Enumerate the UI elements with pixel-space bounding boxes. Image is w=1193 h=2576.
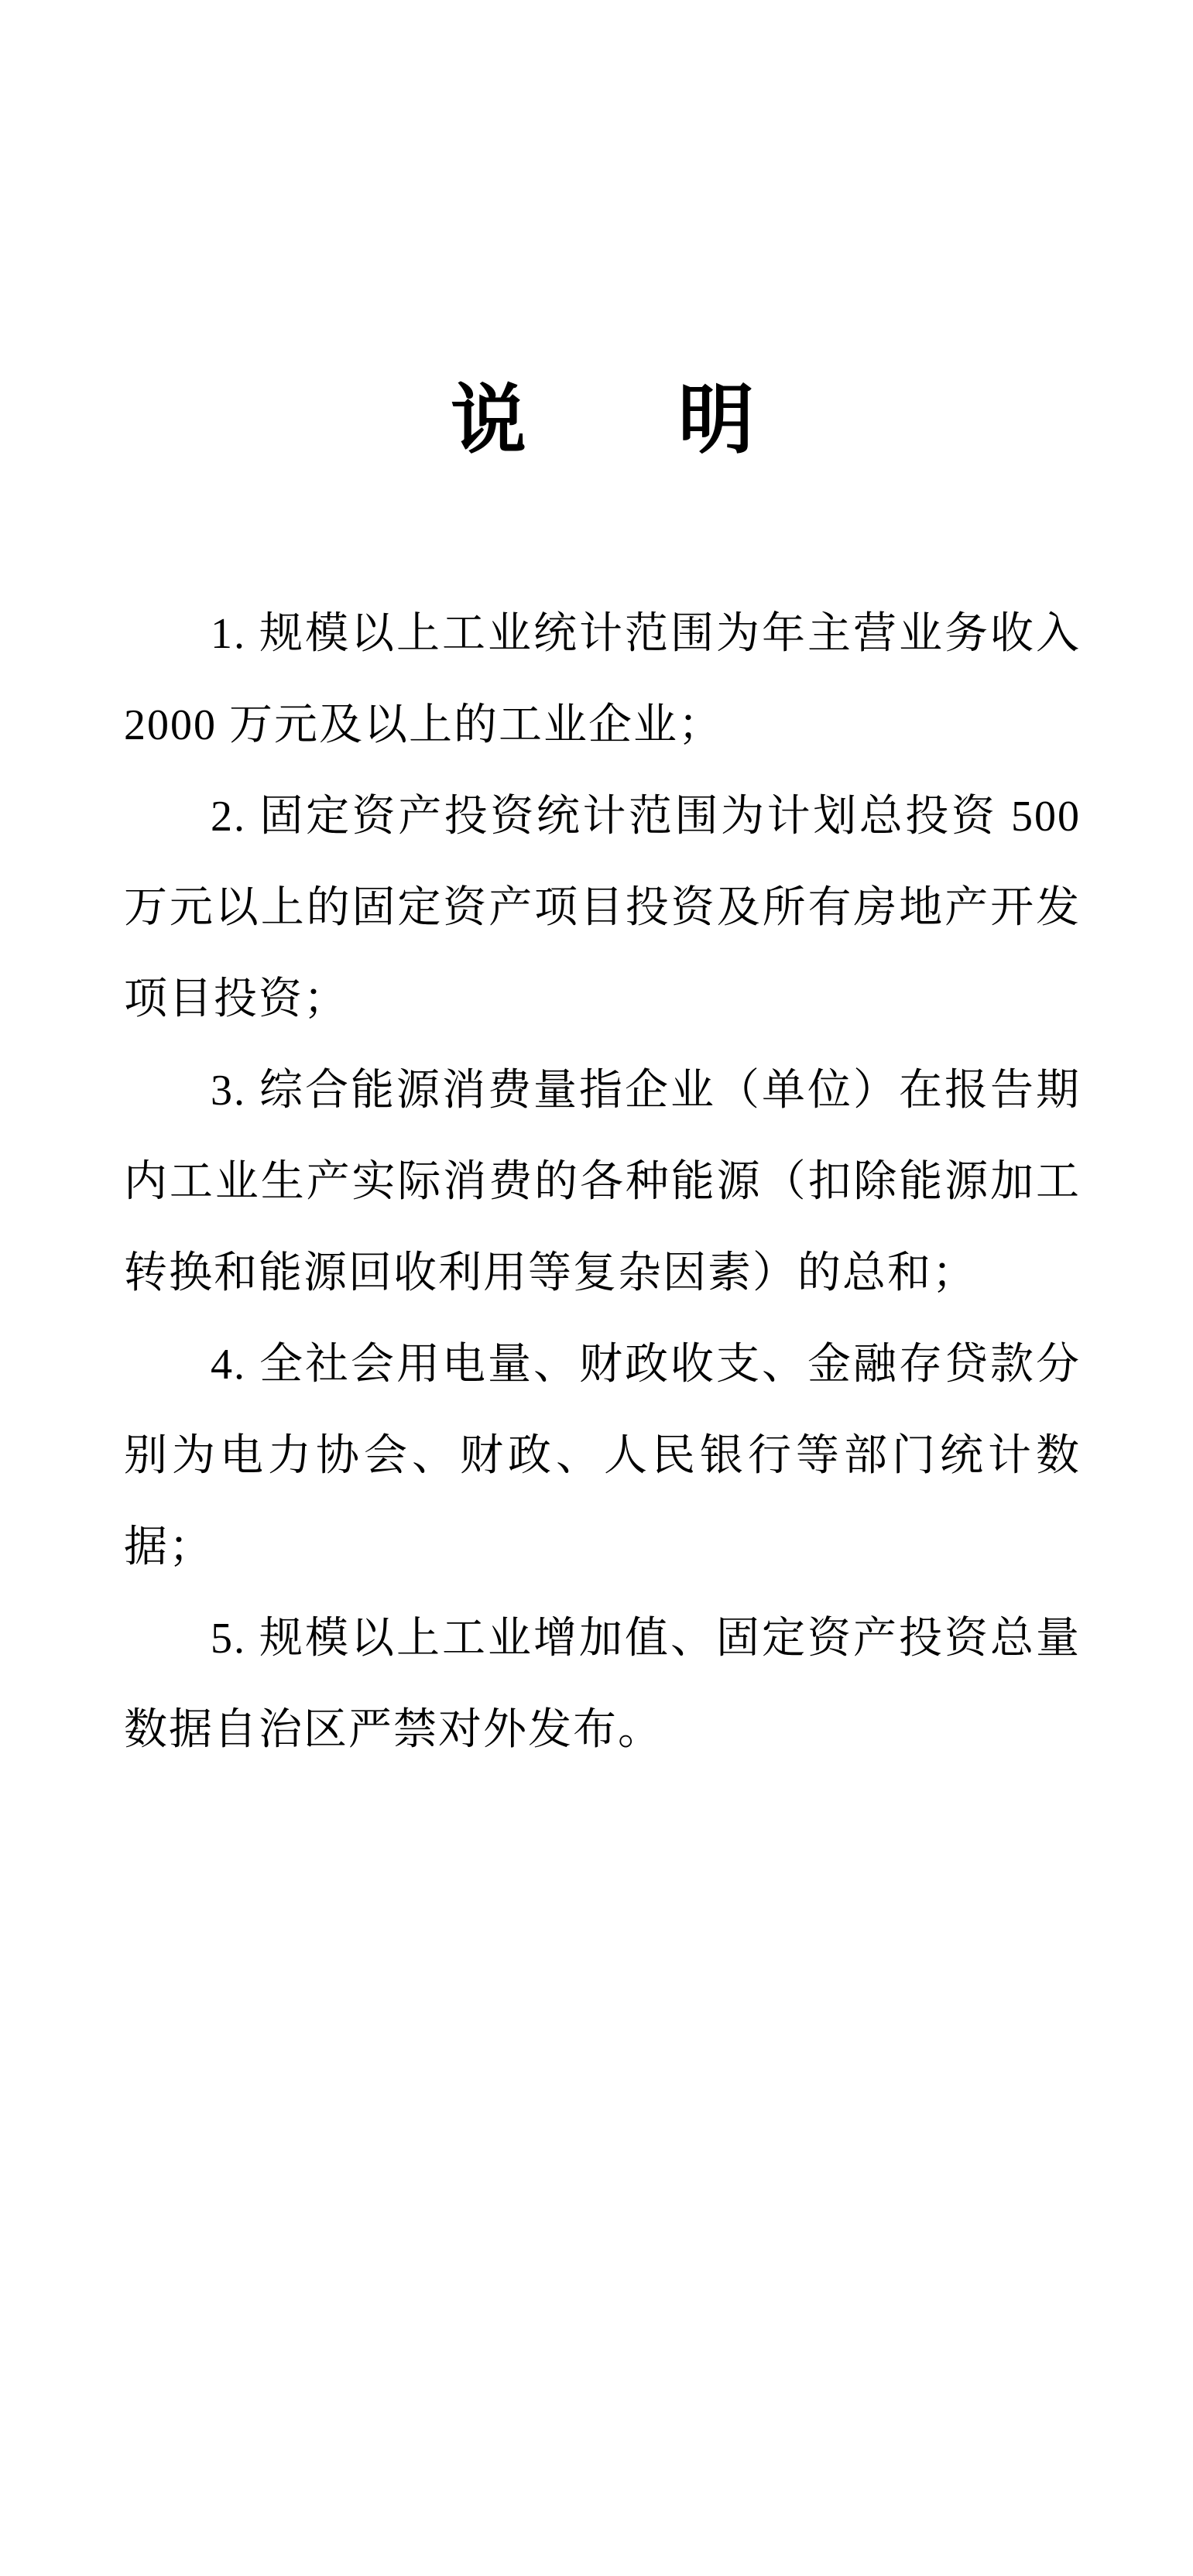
- note-item-5: 5. 规模以上工业增加值、固定资产投资总量数据自治区严禁对外发布。: [124, 1593, 1081, 1776]
- note-item-3: 3. 综合能源消费量指企业（单位）在报告期内工业生产实际消费的各种能源（扣除能源…: [124, 1045, 1081, 1319]
- notes-section: 1. 规模以上工业统计范围为年主营业务收入 2000 万元及以上的工业企业； 2…: [124, 588, 1081, 1776]
- page-title: 说 明: [124, 0, 1081, 472]
- note-item-1: 1. 规模以上工业统计范围为年主营业务收入 2000 万元及以上的工业企业；: [124, 588, 1081, 771]
- note-item-2: 2. 固定资产投资统计范围为计划总投资 500 万元以上的固定资产项目投资及所有…: [124, 771, 1081, 1045]
- note-item-4: 4. 全社会用电量、财政收支、金融存贷款分别为电力协会、财政、人民银行等部门统计…: [124, 1319, 1081, 1593]
- document-page: 说 明 1. 规模以上工业统计范围为年主营业务收入 2000 万元及以上的工业企…: [0, 0, 1193, 2576]
